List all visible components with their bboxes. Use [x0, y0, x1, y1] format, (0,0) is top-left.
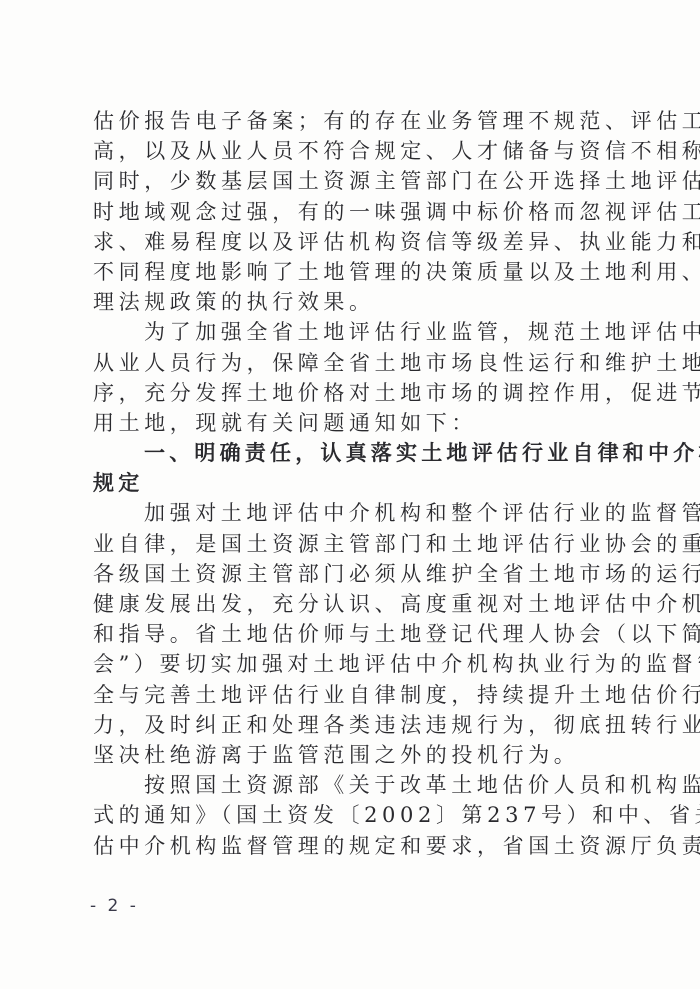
text-line: 各级国土资源主管部门必须从维护全省土地市场的运行秩序和	[93, 559, 609, 589]
section-heading-line: 规定	[93, 468, 609, 498]
text-line: 全与完善土地评估行业自律制度，持续提升土地估价行业专业能	[93, 680, 609, 710]
text-line: 从业人员行为，保障全省土地市场良性运行和维护土地市场秩	[93, 348, 609, 378]
paragraph-start-line: 按照国土资源部《关于改革土地估价人员和机构监督管理方	[93, 770, 609, 800]
text-line: 用土地，现就有关问题通知如下：	[93, 408, 609, 438]
page-number: - 2 -	[90, 896, 139, 916]
text-line: 理法规政策的执行效果。	[93, 287, 609, 317]
text-line: 力，及时纠正和处理各类违法违规行为，彻底扭转行业不正之风，	[93, 710, 609, 740]
text-line: 坚决杜绝游离于监管范围之外的投机行为。	[93, 740, 609, 770]
text-line: 式的通知》（国土资发〔2002〕第237号）和中、省关于土地评	[93, 800, 609, 830]
text-line: 时地域观念过强，有的一味强调中标价格而忽视评估工作技术要	[93, 197, 609, 227]
text-line: 会”）要切实加强对土地评估中介机构执业行为的监督管理，健	[93, 649, 609, 679]
paragraph-start-line: 为了加强全省土地评估行业监管，规范土地评估中介机构和	[93, 317, 609, 347]
text-line: 不同程度地影响了土地管理的决策质量以及土地利用、供应和管	[93, 257, 609, 287]
text-line: 健康发展出发，充分认识、高度重视对土地评估中介机构的监管	[93, 589, 609, 619]
paragraph-start-line: 加强对土地评估中介机构和整个评估行业的监督管理和行	[93, 498, 609, 528]
text-line: 序，充分发挥土地价格对土地市场的调控作用，促进节约集约利	[93, 378, 609, 408]
text-line: 求、难易程度以及评估机构资信等级差异、执业能力和工作质量，	[93, 227, 609, 257]
text-line: 估价报告电子备案；有的存在业务管理不规范、评估工作质量不	[93, 106, 609, 136]
text-line: 高，以及从业人员不符合规定、人才储备与资信不相称等问题。	[93, 136, 609, 166]
text-line: 业自律，是国土资源主管部门和土地评估行业协会的重要职责。	[93, 529, 609, 559]
document-body: 估价报告电子备案；有的存在业务管理不规范、评估工作质量不 高，以及从业人员不符合…	[93, 106, 609, 861]
text-line: 和指导。省土地估价师与土地登记代理人协会（以下简称“省协	[93, 619, 609, 649]
text-line: 估中介机构监督管理的规定和要求，省国土资源厅负责对省协会	[93, 831, 609, 861]
section-heading-line: 一、明确责任，认真落实土地评估行业自律和中介机构监管	[93, 438, 609, 468]
text-line: 同时，少数基层国土资源主管部门在公开选择土地评估中介机构	[93, 166, 609, 196]
